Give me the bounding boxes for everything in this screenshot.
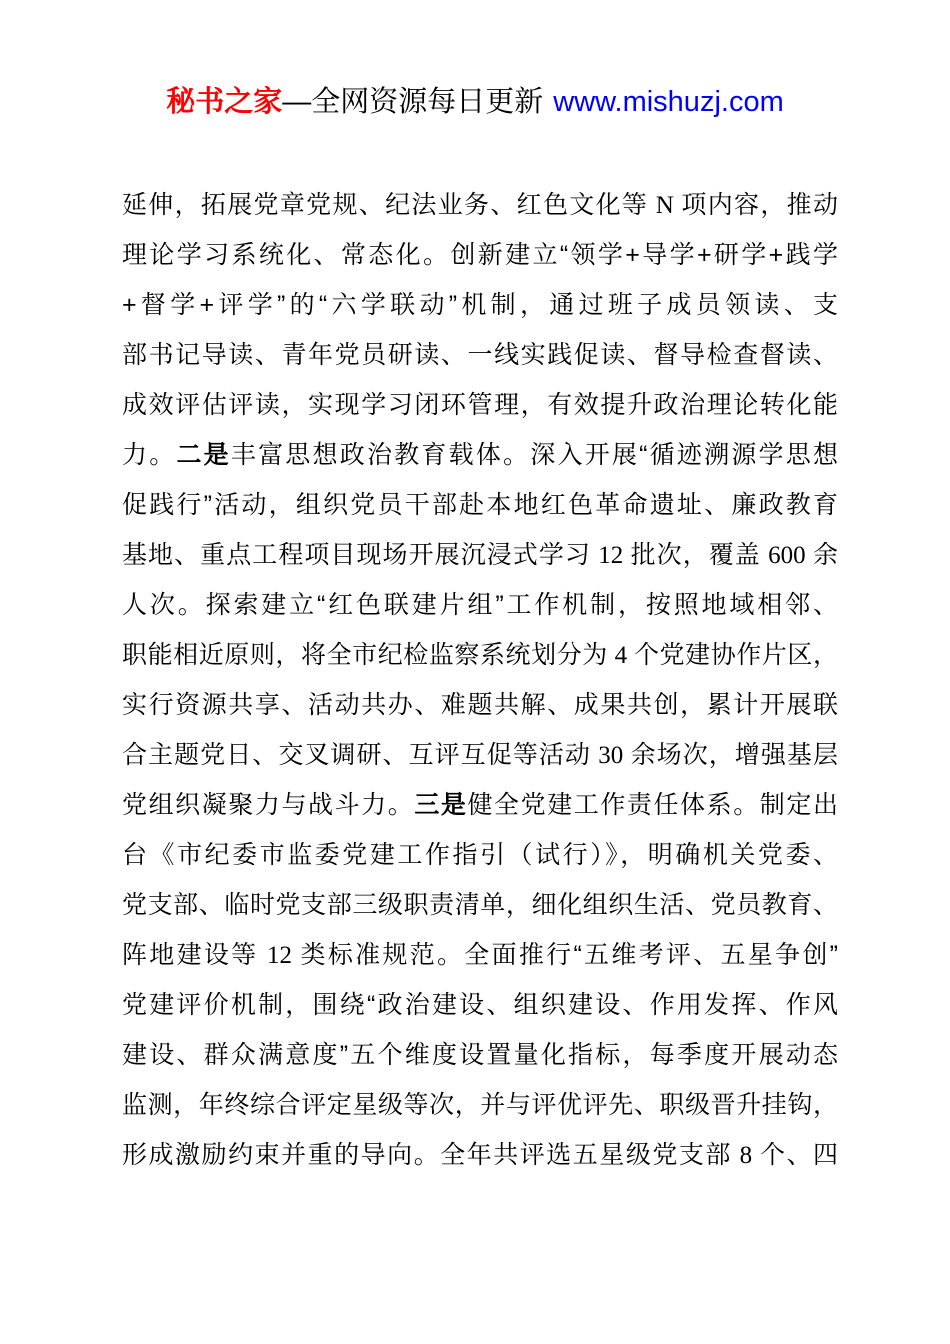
text-segment: 30	[591, 742, 631, 769]
text-segment: 促践行”活动，组织党员干部赴本地红色革命遗址、廉政教育	[122, 491, 838, 519]
text-line: 人次。探索建立“红色联建片组”工作机制，按照地域相邻、	[122, 580, 838, 630]
text-segment: 合主题党日、交叉调研、互评互促等活动	[122, 741, 591, 769]
text-line: 形成激励约束并重的导向。全年共评选五星级党支部 8 个、四	[122, 1130, 838, 1180]
text-segment: 600	[761, 542, 813, 569]
text-segment: 健全党建工作责任体系。制定出	[467, 791, 837, 819]
text-line: 建设、群众满意度”五个维度设置量化指标，每季度开展动态	[122, 1030, 838, 1080]
text-segment: 基地、重点工程项目现场开展沉浸式学习	[122, 541, 591, 569]
document-page: 秘书之家—全网资源每日更新www.mishuzj.com 延伸，拓展党章党规、纪…	[0, 0, 950, 1344]
text-line: 延伸，拓展党章党规、纪法业务、红色文化等 N 项内容，推动	[122, 180, 838, 230]
text-segment: 建设、群众满意度”五个维度设置量化指标，每季度开展动态	[122, 1041, 838, 1069]
text-line: 促践行”活动，组织党员干部赴本地红色革命遗址、廉政教育	[122, 480, 838, 530]
text-segment: +督学+评学”的“六学联动”机制，通过班子成员领读、支	[122, 291, 838, 319]
body-text: 延伸，拓展党章党规、纪法业务、红色文化等 N 项内容，推动理论学习系统化、常态化…	[122, 180, 838, 1180]
text-segment: 力。	[122, 441, 176, 469]
text-line: 党支部、临时党支部三级职责清单，细化组织生活、党员教育、	[122, 880, 838, 930]
emphasis-text: 三是	[414, 791, 467, 819]
text-segment: 4	[608, 642, 634, 669]
text-segment: 职能相近原则，将全市纪检监察系统划分为	[122, 641, 608, 669]
text-segment: 台《市纪委市监委党建工作指引（试行）》，明确机关党委、	[122, 841, 838, 869]
text-segment: 成效评估评读，实现学习闭环管理，有效提升政治理论转化能	[122, 391, 838, 419]
text-line: 阵地建设等 12 类标准规范。全面推行“五维考评、五星争创”	[122, 930, 838, 980]
text-segment: 类标准规范。全面推行“五维考评、五星争创”	[301, 941, 838, 969]
text-segment: 批次，覆盖	[631, 541, 761, 569]
text-line: 实行资源共享、活动共办、难题共解、成果共创，累计开展联	[122, 680, 838, 730]
text-segment: 个党建协作片区，	[634, 641, 838, 669]
text-segment: 实行资源共享、活动共办、难题共解、成果共创，累计开展联	[122, 691, 838, 719]
site-header: 秘书之家—全网资源每日更新www.mishuzj.com	[0, 82, 950, 122]
text-line: 监测，年终综合评定星级等次，并与评优评先、职级晋升挂钩，	[122, 1080, 838, 1130]
text-segment: 形成激励约束并重的导向。全年共评选五星级党支部	[122, 1141, 732, 1169]
text-segment: 个、四	[760, 1141, 838, 1169]
emphasis-text: 二是	[176, 441, 230, 469]
text-segment: 余场次，增强基层	[631, 741, 838, 769]
text-line: 合主题党日、交叉调研、互评互促等活动 30 余场次，增强基层	[122, 730, 838, 780]
text-segment: 8	[732, 1142, 760, 1169]
text-segment: 丰富思想政治教育载体。深入开展“循迹溯源学思想	[231, 441, 838, 469]
text-line: 理论学习系统化、常态化。创新建立“领学+导学+研学+践学	[122, 230, 838, 280]
text-segment: 12	[591, 542, 631, 569]
text-line: 力。二是丰富思想政治教育载体。深入开展“循迹溯源学思想	[122, 430, 838, 480]
site-url[interactable]: www.mishuzj.com	[553, 86, 783, 118]
text-line: 部书记导读、青年党员研读、一线实践促读、督导检查督读、	[122, 330, 838, 380]
text-segment: 项内容，推动	[681, 191, 838, 219]
text-line: 职能相近原则，将全市纪检监察系统划分为 4 个党建协作片区，	[122, 630, 838, 680]
text-segment: 余	[813, 541, 838, 569]
text-segment: 理论学习系统化、常态化。创新建立“领学+导学+研学+践学	[122, 241, 838, 269]
text-line: 党组织凝聚力与战斗力。三是健全党建工作责任体系。制定出	[122, 780, 838, 830]
text-line: +督学+评学”的“六学联动”机制，通过班子成员领读、支	[122, 280, 838, 330]
text-segment: 部书记导读、青年党员研读、一线实践促读、督导检查督读、	[122, 341, 838, 369]
text-segment: 阵地建设等	[122, 941, 258, 969]
brand-name: 秘书之家	[166, 86, 282, 118]
text-segment: 监测，年终综合评定星级等次，并与评优评先、职级晋升挂钩，	[122, 1091, 838, 1119]
text-line: 基地、重点工程项目现场开展沉浸式学习 12 批次，覆盖 600 余	[122, 530, 838, 580]
text-line: 成效评估评读，实现学习闭环管理，有效提升政治理论转化能	[122, 380, 838, 430]
text-segment: 人次。探索建立“红色联建片组”工作机制，按照地域相邻、	[122, 591, 838, 619]
text-segment: N	[648, 192, 681, 219]
text-line: 党建评价机制，围绕“政治建设、组织建设、作用发挥、作风	[122, 980, 838, 1030]
header-tagline: —全网资源每日更新	[282, 86, 543, 118]
text-segment: 党支部、临时党支部三级职责清单，细化组织生活、党员教育、	[122, 891, 838, 919]
text-line: 台《市纪委市监委党建工作指引（试行）》，明确机关党委、	[122, 830, 838, 880]
text-segment: 延伸，拓展党章党规、纪法业务、红色文化等	[122, 191, 648, 219]
text-segment: 党建评价机制，围绕“政治建设、组织建设、作用发挥、作风	[122, 991, 838, 1019]
text-segment: 党组织凝聚力与战斗力。	[122, 791, 414, 819]
text-segment: 12	[258, 942, 300, 969]
